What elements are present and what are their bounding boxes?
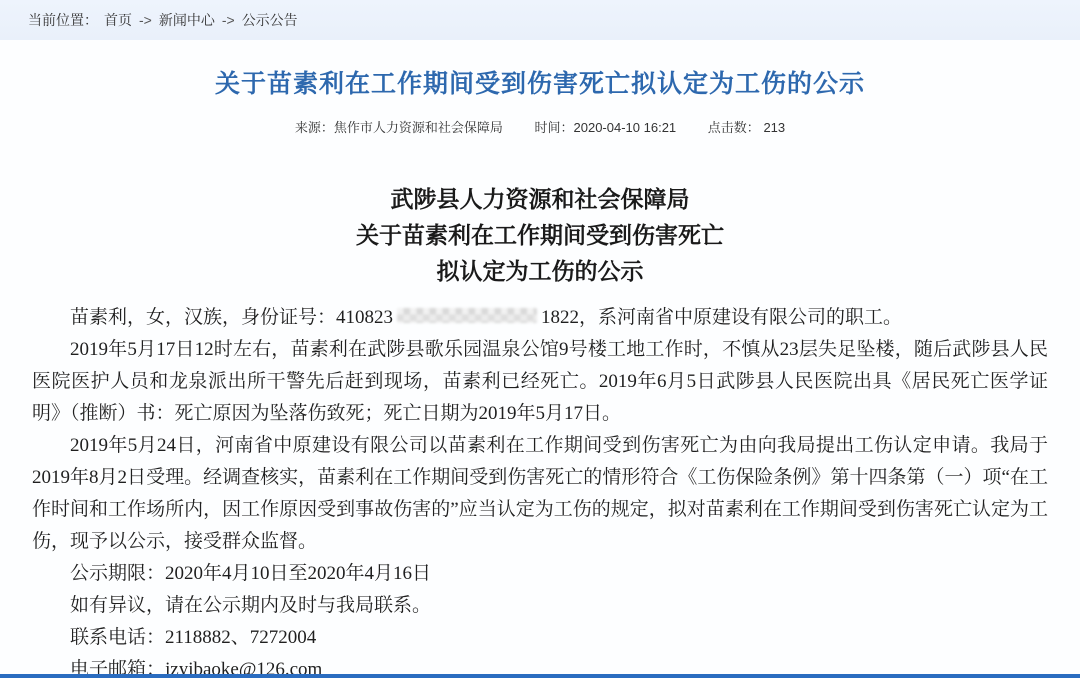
breadcrumb: 当前位置： 首页 -> 新闻中心 -> 公示公告 <box>0 0 1080 40</box>
document-text: 苗素利，女，汉族，身份证号：4108231822，系河南省中原建设有限公司的职工… <box>32 302 1048 678</box>
document-body: 武陟县人力资源和社会保障局 关于苗素利在工作期间受到伤害死亡 拟认定为工伤的公示… <box>0 182 1080 678</box>
paragraph-identity-after: 1822，系河南省中原建设有限公司的职工。 <box>541 307 902 328</box>
breadcrumb-item-home[interactable]: 首页 <box>104 10 132 30</box>
meta-hits: 点击数： 213 <box>708 120 785 135</box>
document-heading-line-2: 关于苗素利在工作期间受到伤害死亡 <box>32 218 1048 254</box>
article-meta: 来源：焦作市人力资源和社会保障局 时间：2020-04-10 16:21 点击数… <box>0 117 1080 136</box>
paragraph-notice-period: 公示期限：2020年4月10日至2020年4月16日 <box>32 558 1048 590</box>
id-number-masked <box>397 308 537 323</box>
meta-time-label: 时间： <box>535 120 574 135</box>
meta-source-value: 焦作市人力资源和社会保障局 <box>334 120 503 135</box>
breadcrumb-separator: -> <box>222 12 235 28</box>
breadcrumb-label: 当前位置： <box>28 10 98 30</box>
meta-hits-label: 点击数： <box>708 120 760 135</box>
bottom-divider <box>0 674 1080 678</box>
meta-time: 时间：2020-04-10 16:21 <box>535 120 677 135</box>
paragraph-identity-before: 苗素利，女，汉族，身份证号：410823 <box>70 307 393 328</box>
meta-source: 来源：焦作市人力资源和社会保障局 <box>295 120 503 135</box>
paragraph-objection: 如有异议，请在公示期内及时与我局联系。 <box>32 590 1048 622</box>
document-heading-line-1: 武陟县人力资源和社会保障局 <box>32 182 1048 218</box>
paragraph-identity: 苗素利，女，汉族，身份证号：4108231822，系河南省中原建设有限公司的职工… <box>32 302 1048 334</box>
paragraph-determination: 2019年5月24日，河南省中原建设有限公司以苗素利在工作期间受到伤害死亡为由向… <box>32 430 1048 558</box>
meta-hits-value: 213 <box>763 120 785 135</box>
breadcrumb-item-public-notices[interactable]: 公示公告 <box>242 10 298 30</box>
document-heading-line-3: 拟认定为工伤的公示 <box>32 254 1048 290</box>
paragraph-phone: 联系电话：2118882、7272004 <box>32 622 1048 654</box>
breadcrumb-separator: -> <box>139 12 152 28</box>
meta-source-label: 来源： <box>295 120 334 135</box>
meta-time-value: 2020-04-10 16:21 <box>574 120 677 135</box>
page-title: 关于苗素利在工作期间受到伤害死亡拟认定为工伤的公示 <box>0 64 1080 100</box>
paragraph-incident: 2019年5月17日12时左右，苗素利在武陟县歌乐园温泉公馆9号楼工地工作时，不… <box>32 334 1048 430</box>
breadcrumb-item-news-center[interactable]: 新闻中心 <box>159 10 215 30</box>
document-heading: 武陟县人力资源和社会保障局 关于苗素利在工作期间受到伤害死亡 拟认定为工伤的公示 <box>32 182 1048 290</box>
